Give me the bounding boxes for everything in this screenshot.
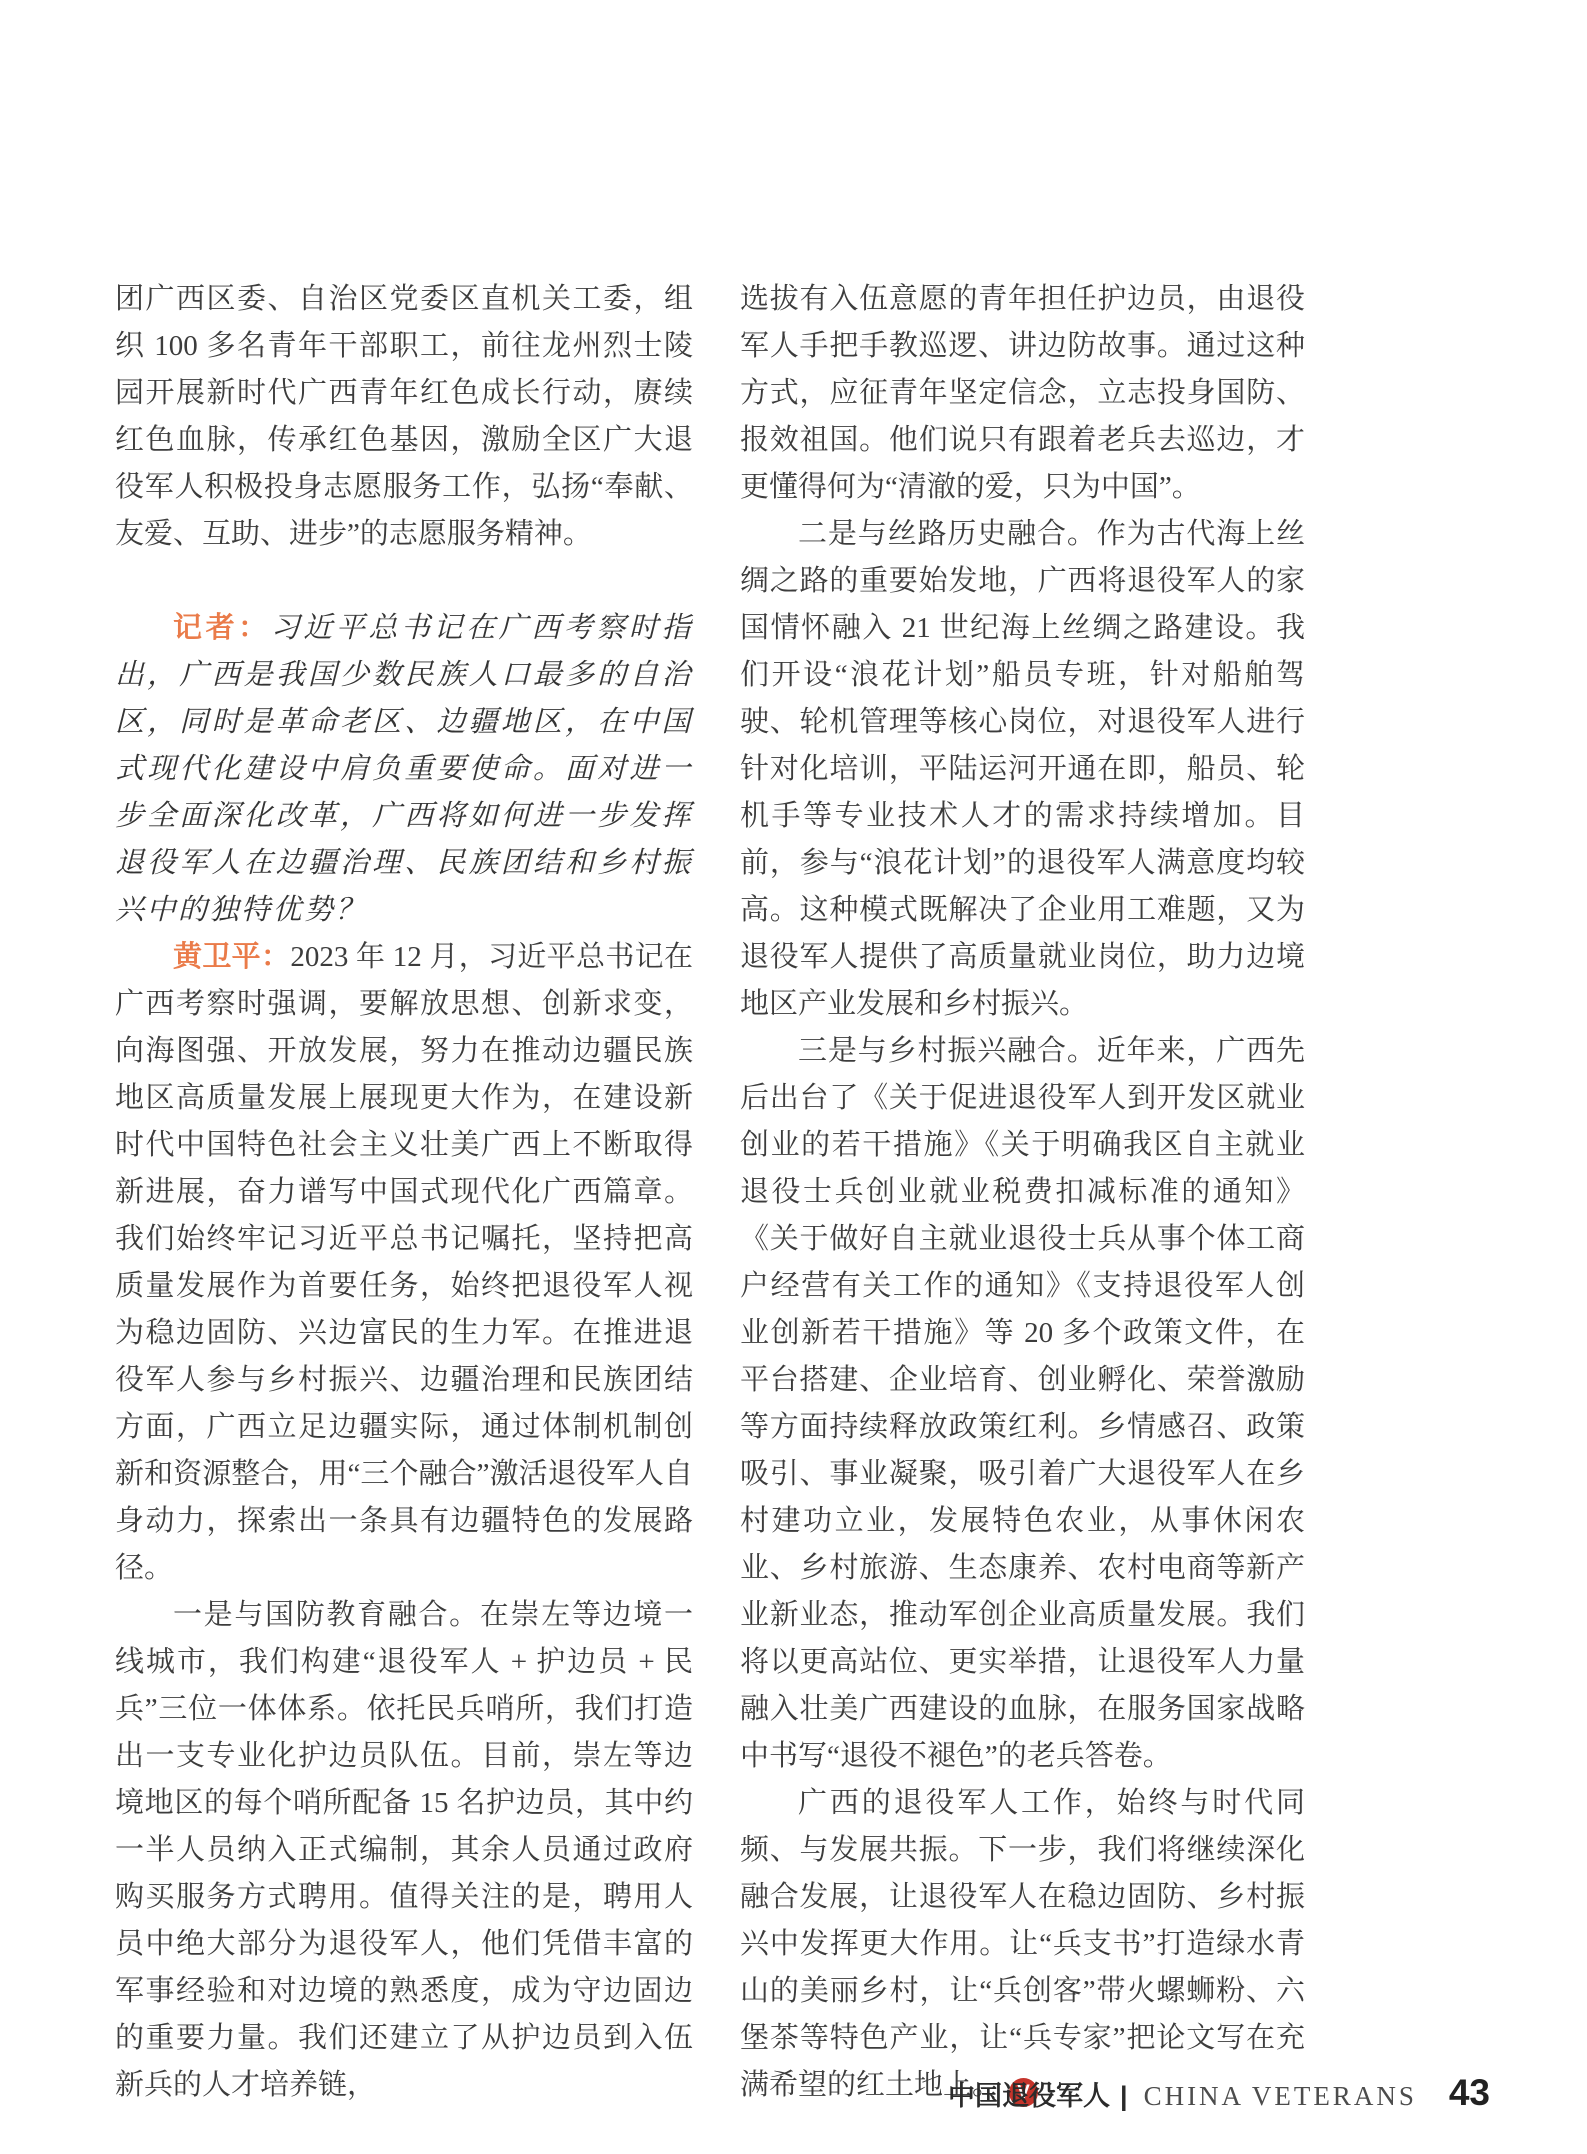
closing-paragraph: 广西的退役军人工作，始终与时代同频、与发展共振。下一步，我们将继续深化融合发展，… [740,1780,1305,2109]
text-columns: 团广西区委、自治区党委区直机关工委，组织 100 多名青年干部职工，前往龙州烈士… [115,276,1305,2109]
opening-continuation-paragraph: 团广西区委、自治区党委区直机关工委，组织 100 多名青年干部职工，前往龙州烈士… [115,276,693,558]
magazine-page: { "colors": { "page_background": "#fffff… [0,0,1587,2154]
right-column: 选拔有入伍意愿的青年担任护边员，由退役军人手把手教巡逻、讲边防故事。通过这种方式… [740,276,1305,2109]
patrol-continuation-paragraph: 选拔有入伍意愿的青年担任护边员，由退役军人手把手教巡逻、讲边防故事。通过这种方式… [740,276,1305,511]
reporter-question-paragraph: 记者：习近平总书记在广西考察时指出，广西是我国少数民族人口最多的自治区，同时是革… [115,605,693,934]
interviewee-label: 黄卫平： [173,941,290,973]
magazine-name-en: CHINA VETERANS [1144,2081,1417,2112]
page-footer: 中国退役军人 | CHINA VETERANS 43 [948,2072,1490,2114]
closing-text: 广西的退役军人工作，始终与时代同频、与发展共振。下一步，我们将继续深化融合发展，… [740,1787,1305,2101]
silk-road-paragraph: 二是与丝路历史融合。作为古代海上丝绸之路的重要始发地，广西将退役军人的家国情怀融… [740,511,1305,1028]
footer-divider: | [1120,2081,1128,2112]
rural-revitalization-paragraph: 三是与乡村振兴融合。近年来，广西先后出台了《关于促进退役军人到开发区就业创业的若… [740,1028,1305,1780]
defense-education-paragraph: 一是与国防教育融合。在崇左等边境一线城市，我们构建“退役军人 + 护边员 + 民… [115,1592,693,2109]
page-number: 43 [1449,2072,1490,2114]
interviewee-answer-paragraph: 黄卫平：2023 年 12 月，习近平总书记在广西考察时强调，要解放思想、创新求… [115,934,693,1592]
reporter-label: 记者： [173,612,271,644]
left-column: 团广西区委、自治区党委区直机关工委，组织 100 多名青年干部职工，前往龙州烈士… [115,276,693,2109]
answer-text: 2023 年 12 月，习近平总书记在广西考察时强调，要解放思想、创新求变，向海… [115,941,693,1584]
magazine-name-cn: 中国退役军人 [948,2074,1110,2113]
question-text: 习近平总书记在广西考察时指出，广西是我国少数民族人口最多的自治区，同时是革命老区… [115,612,693,926]
